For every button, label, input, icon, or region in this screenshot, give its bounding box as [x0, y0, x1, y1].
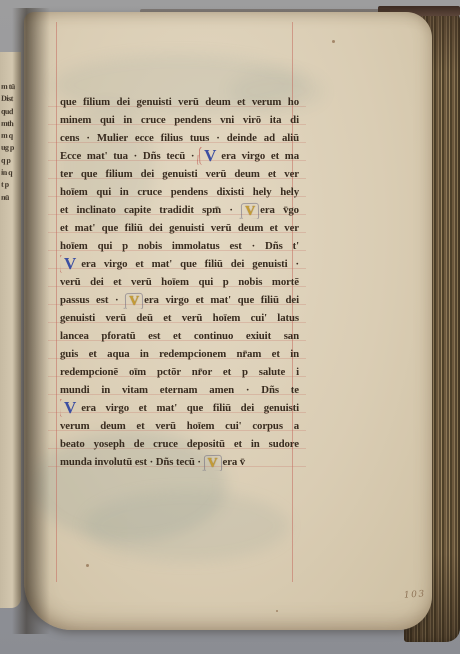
text-line: et inclinato capite tradidit spm̄ · Vera…	[60, 201, 299, 219]
text-run: minem qui in cruce pendens vni virō ita …	[60, 114, 299, 126]
showthrough-patch	[84, 490, 289, 562]
facing-page-text-fragments: m tūDistqudmthm qug pq pin qt pnū	[1, 82, 19, 205]
photo-backdrop: m tūDistqudmthm qug pq pin qt pnū que fi…	[0, 0, 460, 654]
illuminated-initial-blue: V	[62, 399, 78, 416]
facing-page-text-fragment: q p	[1, 156, 17, 169]
text-line: minem qui in cruce pendens vni virō ita …	[60, 111, 299, 129]
text-line: mundi in vitam eternam amen · Dñs te	[60, 381, 299, 399]
illuminated-initial-gold: V	[243, 205, 257, 219]
facing-page-text-fragment: t p	[1, 180, 17, 193]
facing-page-text-fragment: m tū	[1, 82, 17, 95]
text-run: era virgo et ma	[221, 150, 299, 162]
text-line: que filium dei genuisti verū deum et ver…	[60, 93, 299, 111]
text-run: mundi in vitam eternam amen · Dñs te	[60, 384, 299, 396]
illuminated-initial-gold: V	[206, 457, 220, 471]
facing-page-text-fragment: ug p	[1, 143, 17, 156]
foxing-speck	[276, 610, 278, 612]
text-run: verum deum et verū hoīem cui' corpus a	[60, 420, 299, 432]
facing-page-edge: m tūDistqudmthm qug pq pin qt pnū	[0, 52, 21, 608]
text-run: verū dei et verū hoīem qui p nobis mortē	[60, 276, 299, 288]
text-line: hoīem qui in cruce pendens dixisti hely …	[60, 183, 299, 201]
text-line: Vera virgo et mat' que filiū dei genuist…	[60, 399, 299, 417]
folio-number: 103	[404, 589, 426, 600]
text-line: verū dei et verū hoīem qui p nobis mortē	[60, 273, 299, 291]
text-run: munda involutū est · Dñs tecū ·	[60, 456, 204, 468]
text-line: guis et aqua in redempcionem nr̄am et in	[60, 345, 299, 363]
text-run: era virgo et mat' que filiū dei	[144, 294, 299, 306]
text-line: hoīem qui p nobis immolatus est · Dñs t'	[60, 237, 299, 255]
text-run: lancea pforatū est et continuo exiuit sa…	[60, 330, 299, 342]
facing-page-text-fragment: mth	[1, 119, 17, 132]
illuminated-initial-blue: V	[62, 255, 78, 272]
text-run: era virgo et mat' que filiū dei genuisti	[81, 402, 299, 414]
facing-page-text-fragment: nū	[1, 192, 17, 205]
text-run: ter que filium dei genuisti verū deum et…	[60, 168, 299, 180]
text-block: que filium dei genuisti verū deum et ver…	[60, 93, 299, 471]
manuscript-page: que filium dei genuisti verū deum et ver…	[24, 12, 432, 630]
text-run: passus est ·	[60, 294, 125, 306]
text-line: Ecce mat' tua · Dñs tecū · Vera virgo et…	[60, 147, 299, 165]
text-line: redempcionē oīm pctōr nr̄or et p salute …	[60, 363, 299, 381]
facing-page-text-fragment: qud	[1, 106, 17, 119]
text-run: guis et aqua in redempcionem nr̄am et in	[60, 348, 299, 360]
text-line: lancea pforatū est et continuo exiuit sa…	[60, 327, 299, 345]
text-line: ter que filium dei genuisti verū deum et…	[60, 165, 299, 183]
facing-page-text-fragment: Dist	[1, 94, 17, 107]
facing-page-text-fragment: m q	[1, 131, 17, 144]
text-run: cens · Mulier ecce filius tuus · deinde …	[60, 132, 299, 144]
text-run: et mat' que filiū dei genuisti verū deum…	[60, 222, 299, 234]
text-run: hoīem qui p nobis immolatus est · Dñs t'	[60, 240, 299, 252]
text-line: cens · Mulier ecce filius tuus · deinde …	[60, 129, 299, 147]
text-run: beato yoseph de cruce depositū et in sud…	[60, 438, 299, 450]
text-run: era virgo et mat' que filiū dei genuisti…	[81, 258, 299, 270]
text-line: passus est · Vera virgo et mat' que fili…	[60, 291, 299, 309]
text-run: Ecce mat' tua · Dñs tecū ·	[60, 150, 200, 162]
text-line: et mat' que filiū dei genuisti verū deum…	[60, 219, 299, 237]
text-line: munda involutū est · Dñs tecū · Vera v̄	[60, 453, 299, 471]
foxing-speck	[332, 40, 335, 43]
foxing-speck	[86, 564, 89, 567]
text-run: que filium dei genuisti verū deum et ver…	[60, 96, 299, 108]
text-run: era v̄go	[260, 204, 299, 216]
text-run: era v̄	[223, 456, 246, 468]
text-run: et inclinato capite tradidit spm̄ ·	[60, 204, 241, 216]
text-line: beato yoseph de cruce depositū et in sud…	[60, 435, 299, 453]
text-run: redempcionē oīm pctōr nr̄or et p salute …	[60, 366, 299, 378]
text-line: Vera virgo et mat' que filiū dei genuist…	[60, 255, 299, 273]
text-line: verum deum et verū hoīem cui' corpus a	[60, 417, 299, 435]
text-run: hoīem qui in cruce pendens dixisti hely …	[60, 186, 299, 198]
text-line: genuisti verū deū et verū hoīem cui' lat…	[60, 309, 299, 327]
illuminated-initial-blue: V	[202, 147, 218, 164]
text-run: genuisti verū deū et verū hoīem cui' lat…	[60, 312, 299, 324]
illuminated-initial-gold: V	[127, 295, 141, 309]
facing-page-text-fragment: in q	[1, 168, 17, 181]
